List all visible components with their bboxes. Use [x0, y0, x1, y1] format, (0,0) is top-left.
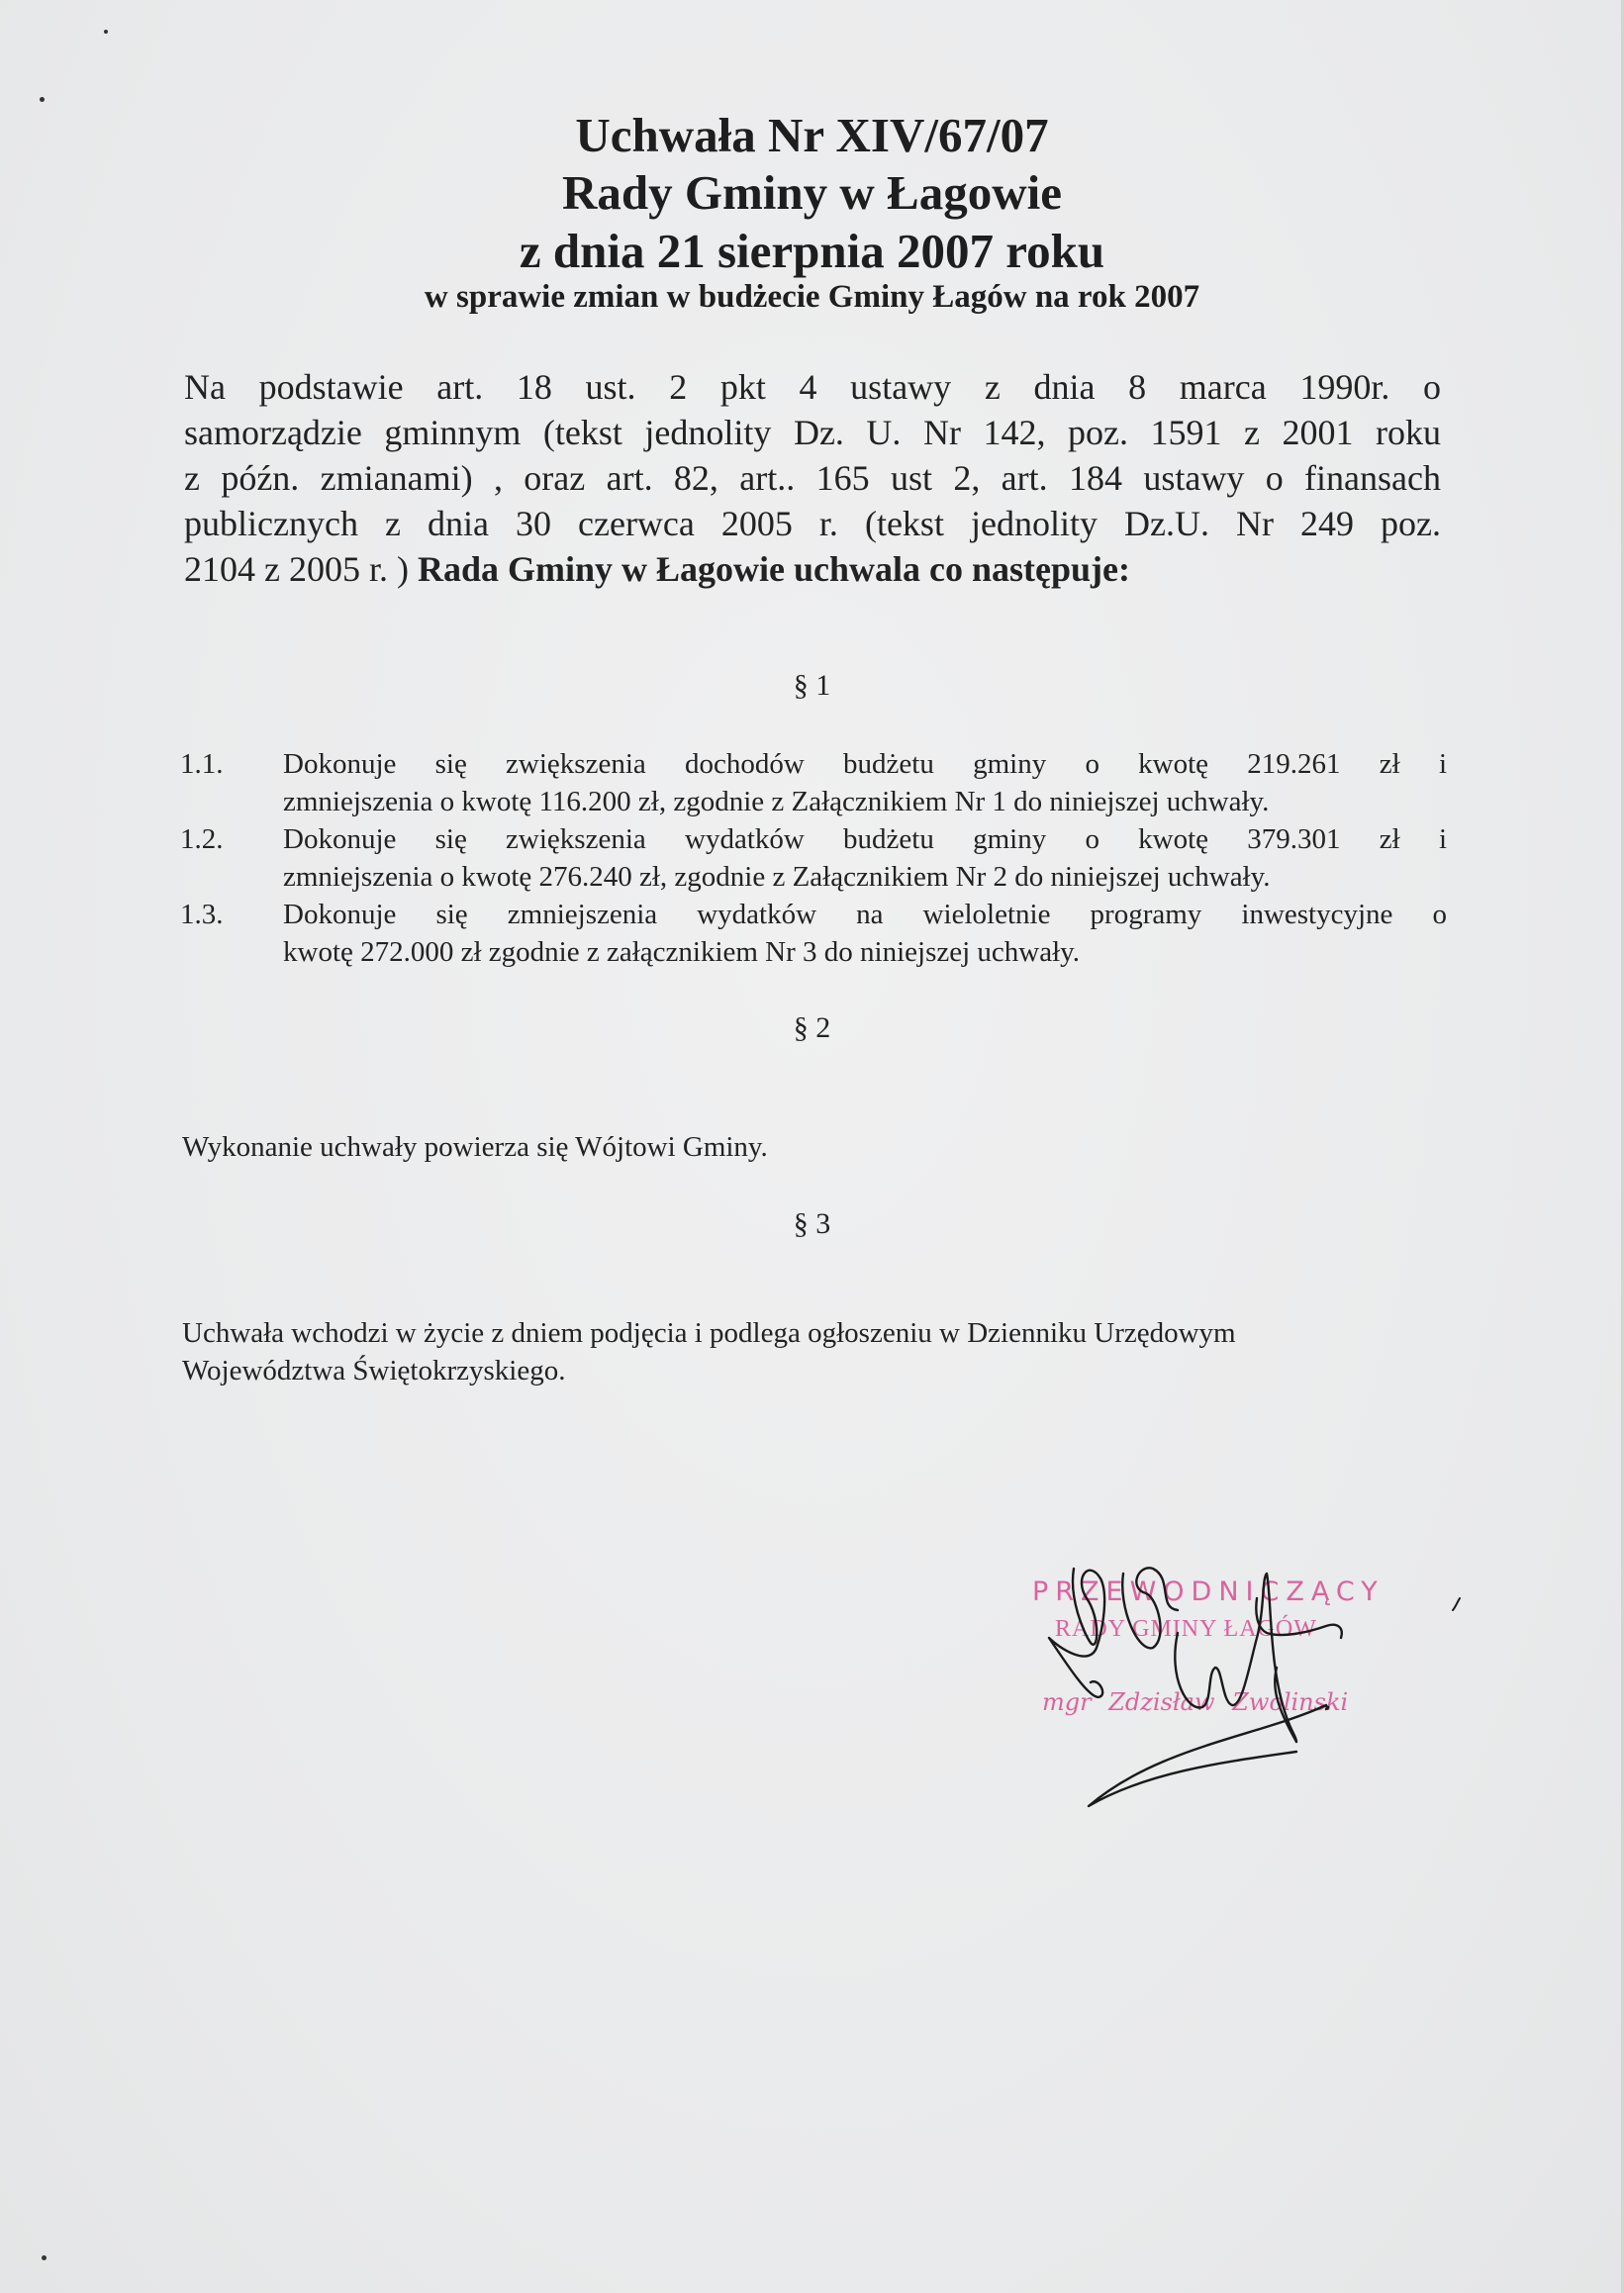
legal-basis-preamble: Na podstawie art. 18 ust. 2 pkt 4 ustawy… — [184, 364, 1441, 592]
preamble-line: Na podstawie art. 18 ust. 2 pkt 4 ustawy… — [184, 364, 1441, 410]
section-1-mark: § 1 — [0, 669, 1624, 703]
item-text: Dokonuje się zwiększenia wydatków budżet… — [283, 820, 1447, 896]
section-3-line: Województwa Świętokrzyskiego. — [182, 1352, 1449, 1389]
list-item: 1.2. Dokonuje się zwiększenia wydatków b… — [180, 820, 1447, 896]
preamble-line: publicznych z dnia 30 czerwca 2005 r. (t… — [184, 501, 1441, 546]
list-item: 1.3. Dokonuje się zmniejszenia wydatków … — [180, 896, 1447, 971]
item-line: Dokonuje się zwiększenia dochodów budżet… — [283, 745, 1447, 783]
handwritten-signature-icon — [1029, 1539, 1465, 1826]
item-number: 1.1. — [180, 745, 283, 820]
item-line: kwotę 272.000 zł zgodnie z załącznikiem … — [283, 933, 1447, 971]
enacting-clause: Rada Gminy w Łagowie uchwala co następuj… — [418, 549, 1130, 589]
section-2-mark: § 2 — [0, 1011, 1624, 1045]
scan-speck — [42, 2255, 47, 2260]
item-line: Dokonuje się zwiększenia wydatków budżet… — [283, 820, 1447, 858]
item-number: 1.2. — [180, 820, 283, 896]
item-line: zmniejszenia o kwotę 276.240 zł, zgodnie… — [283, 858, 1447, 896]
item-number: 1.3. — [180, 896, 283, 971]
scan-speck — [104, 30, 108, 34]
resolution-subject: w sprawie zmian w budżecie Gminy Łagów n… — [0, 279, 1624, 316]
item-text: Dokonuje się zwiększenia dochodów budżet… — [283, 745, 1447, 820]
document-page: Uchwała Nr XIV/67/07 Rady Gminy w Łagowi… — [0, 0, 1624, 2293]
preamble-line: samorządzie gminnym (tekst jednolity Dz.… — [184, 410, 1441, 455]
section-2-text: Wykonanie uchwały powierza się Wójtowi G… — [182, 1128, 768, 1166]
item-line: zmniejszenia o kwotę 116.200 zł, zgodnie… — [283, 783, 1447, 820]
resolution-number: Uchwała Nr XIV/67/07 — [0, 107, 1624, 163]
preamble-line: 2104 z 2005 r. ) Rada Gminy w Łagowie uc… — [184, 546, 1441, 592]
list-item: 1.1. Dokonuje się zwiększenia dochodów b… — [180, 745, 1447, 820]
item-text: Dokonuje się zmniejszenia wydatków na wi… — [283, 896, 1447, 971]
item-line: Dokonuje się zmniejszenia wydatków na wi… — [283, 896, 1447, 933]
section-3-mark: § 3 — [0, 1207, 1624, 1241]
preamble-line: z późn. zmianami) , oraz art. 82, art.. … — [184, 455, 1441, 501]
issuing-body: Rady Gminy w Łagowie — [0, 164, 1624, 221]
scan-speck — [40, 97, 45, 102]
section-1-items: 1.1. Dokonuje się zwiększenia dochodów b… — [180, 745, 1447, 971]
resolution-date: z dnia 21 sierpnia 2007 roku — [0, 223, 1624, 279]
preamble-citation-end: 2104 z 2005 r. ) — [184, 549, 418, 589]
section-3-line: Uchwała wchodzi w życie z dniem podjęcia… — [182, 1314, 1449, 1352]
section-3-text: Uchwała wchodzi w życie z dniem podjęcia… — [182, 1314, 1449, 1389]
